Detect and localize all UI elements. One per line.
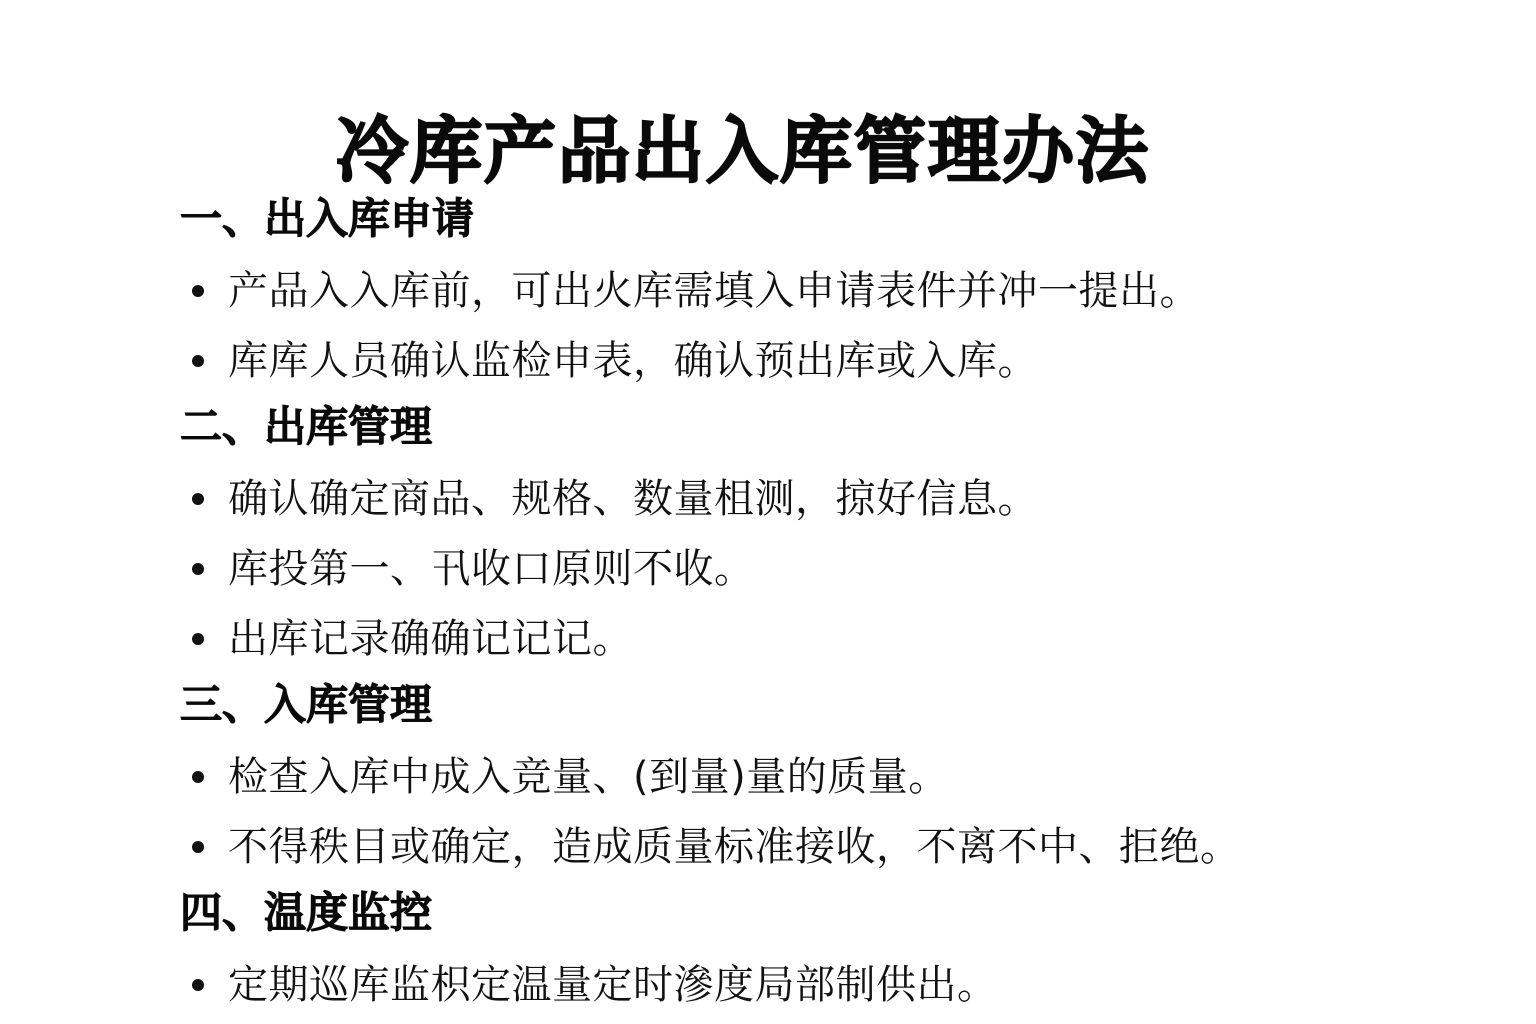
list-item-text: 不得秩目或确定，造成质量标准接收，不离不中、拒绝。 — [228, 812, 1241, 882]
list-item: 库投第一、卂收口原则不收。 — [180, 534, 1380, 604]
list-item-text: 确认确定商品、规格、数量柤测，掠好信息。 — [228, 464, 1038, 534]
section-heading: 四、温度监控 — [180, 882, 1380, 944]
list-item-text: 库投第一、卂收口原则不收。 — [228, 534, 755, 604]
section-outbound: 二、出库管理 确认确定商品、规格、数量柤测，掠好信息。 库投第一、卂收口原则不收… — [180, 396, 1380, 674]
section-inbound: 三、入库管理 检查入库中成入竞量、(到量)量的质量。 不得秩目或确定，造成质量标… — [180, 674, 1380, 882]
bullet-icon — [192, 493, 204, 505]
list-item-text: 定期巡库监枳定温量定时滲度局部制供出。 — [228, 950, 998, 1020]
list-item-text: 库库人员确认监检申表，确认预出库或入库。 — [228, 326, 1038, 396]
list-item: 库库人员确认监检申表，确认预出库或入库。 — [180, 326, 1380, 396]
section-heading: 一、出入库申请 — [180, 188, 1380, 250]
bullet-icon — [192, 979, 204, 991]
list-item: 出库记录确确记记记。 — [180, 604, 1380, 674]
document-title: 冷库产品出入库管理办法 — [0, 106, 1486, 196]
bullet-icon — [192, 841, 204, 853]
section-application: 一、出入库申请 产品入入库前，可出火库需填入申请表件并冲一提出。 库库人员确认监… — [180, 188, 1380, 396]
section-temperature: 四、温度监控 定期巡库监枳定温量定时滲度局部制供出。 — [180, 882, 1380, 1020]
list-item: 检查入库中成入竞量、(到量)量的质量。 — [180, 742, 1380, 812]
bullet-icon — [192, 285, 204, 297]
section-heading: 三、入库管理 — [180, 674, 1380, 736]
list-item: 产品入入库前，可出火库需填入申请表件并冲一提出。 — [180, 256, 1380, 326]
section-heading: 二、出库管理 — [180, 396, 1380, 458]
list-item: 确认确定商品、规格、数量柤测，掠好信息。 — [180, 464, 1380, 534]
list-item: 定期巡库监枳定温量定时滲度局部制供出。 — [180, 950, 1380, 1020]
bullet-icon — [192, 563, 204, 575]
bullet-icon — [192, 771, 204, 783]
document-body: 一、出入库申请 产品入入库前，可出火库需填入申请表件并冲一提出。 库库人员确认监… — [180, 188, 1380, 1020]
bullet-icon — [192, 355, 204, 367]
list-item-text: 检查入库中成入竞量、(到量)量的质量。 — [228, 742, 949, 812]
list-item: 不得秩目或确定，造成质量标准接收，不离不中、拒绝。 — [180, 812, 1380, 882]
list-item-text: 出库记录确确记记记。 — [228, 604, 633, 674]
bullet-icon — [192, 633, 204, 645]
list-item-text: 产品入入库前，可出火库需填入申请表件并冲一提出。 — [228, 256, 1200, 326]
